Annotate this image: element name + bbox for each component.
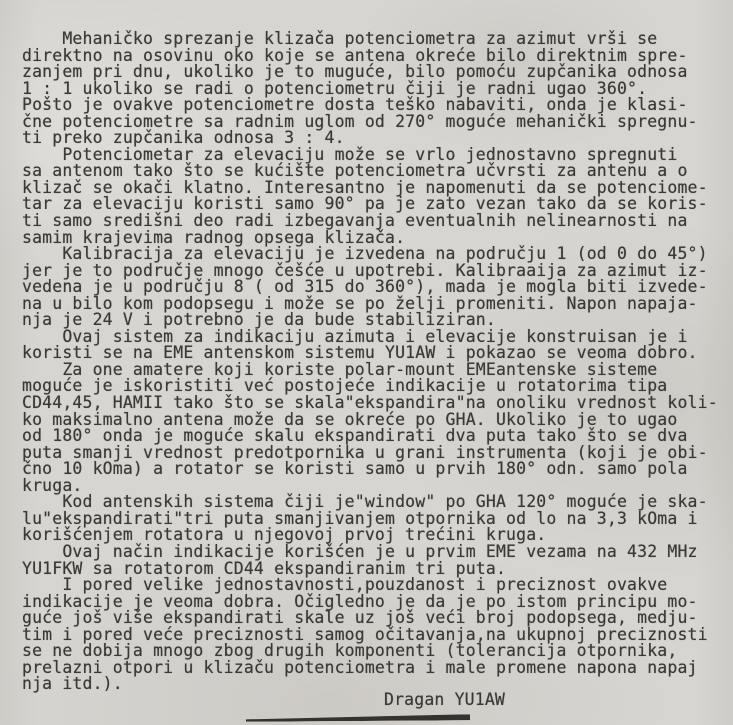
text-line: nja itd.).	[22, 676, 727, 693]
text-line: čno 10 kOma) a rotator se koristi samo u…	[22, 461, 727, 478]
document-text: Mehaničko sprezanje klizača potenciometr…	[22, 31, 727, 693]
scan-artifact-line	[246, 714, 470, 722]
scanned-page: Mehaničko sprezanje klizača potenciometr…	[0, 0, 733, 725]
signature: Dragan YU1AW	[384, 690, 505, 709]
text-line: prelazni otpori u klizaču potenciometra …	[22, 660, 727, 677]
